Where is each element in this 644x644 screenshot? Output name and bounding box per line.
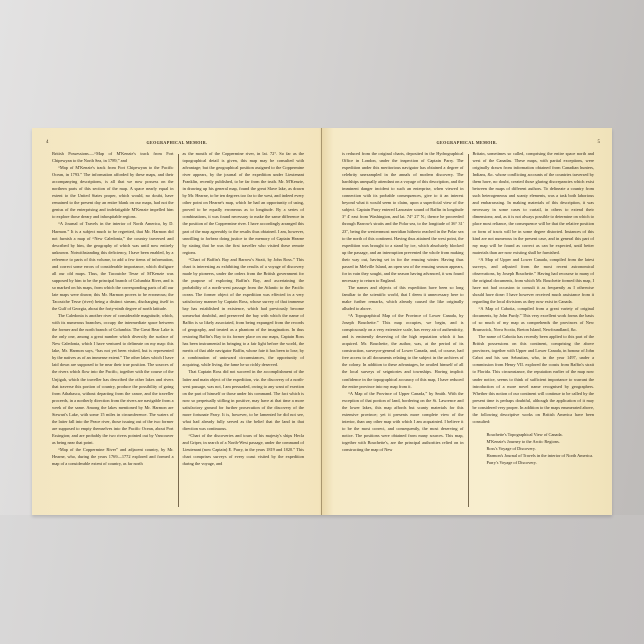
left-col-2: as the mouth of the Coppermine river, in…: [179, 150, 309, 507]
document-spread: 4 GEOGRAPHICAL MEMOIR. British Possessio…: [32, 128, 612, 515]
reference-item: Harmon's Journal of Travels in the inter…: [487, 452, 595, 459]
running-head: GEOGRAPHICAL MEMOIR.: [40, 140, 314, 148]
paragraph: is reduced from the original charts, dep…: [342, 150, 464, 284]
paragraph: The Caledonia is another river of consid…: [52, 312, 174, 446]
paragraph: “Chart of the discoveries and tours of h…: [183, 432, 305, 467]
reference-item: Ross's Voyage of Discovery.: [487, 445, 595, 452]
column-rule: [178, 154, 179, 507]
paragraph: “Chart of Baffin's Bay and Barrow's Stra…: [183, 256, 305, 369]
page-number: 5: [598, 140, 601, 145]
column-rule: [468, 154, 469, 507]
background-floor: [0, 515, 644, 644]
right-col-2: Britain, sometimes so called, comprising…: [469, 150, 599, 507]
paragraph: That Captain Ross did not succeed in the…: [183, 368, 305, 431]
running-head: GEOGRAPHICAL MEMOIR.: [330, 140, 604, 148]
right-columns: is reduced from the original charts, dep…: [338, 150, 598, 507]
paragraph: as the mouth of the Coppermine river, in…: [183, 150, 305, 256]
paragraph: “A Map of Upper and Lower Canada, compil…: [473, 256, 595, 305]
paragraph: British Possessions.—“Map of M'Kenzie's …: [52, 150, 174, 164]
reference-item: M'Kenzie's Journey to the Arctic Regions…: [487, 438, 595, 445]
paragraph: The names and objects of this expedition…: [342, 284, 464, 312]
paragraph: “Map of M'Kenzie's track from Fort Chipe…: [52, 164, 174, 220]
paragraph: “A Topographical Map of the Province of …: [342, 312, 464, 390]
paragraph: Britain, sometimes so called, comprising…: [473, 150, 595, 256]
paragraph: “A Journal of Travels in the interior of…: [52, 220, 174, 312]
left-columns: British Possessions.—“Map of M'Kenzie's …: [48, 150, 308, 507]
reference-list: Bouchette's Topographical View of Canada…: [487, 431, 595, 466]
right-col-1: is reduced from the original charts, dep…: [338, 150, 468, 507]
reference-item: Bouchette's Topographical View of Canada…: [487, 431, 595, 438]
paragraph: “Map of the Coppermine River” and adjace…: [52, 446, 174, 467]
paragraph: “A Map of the Province of Upper Canada,”…: [342, 390, 464, 453]
paragraph: The name of Cabotia has recently been ap…: [473, 333, 595, 425]
left-col-1: British Possessions.—“Map of M'Kenzie's …: [48, 150, 178, 507]
right-page: GEOGRAPHICAL MEMOIR. 5 is reduced from t…: [322, 128, 612, 515]
left-page: 4 GEOGRAPHICAL MEMOIR. British Possessio…: [32, 128, 322, 515]
paragraph: “A Map of Cabotia, compiled from a great…: [473, 305, 595, 333]
reference-item: Parry's Voyage of Discovery.: [487, 459, 595, 466]
